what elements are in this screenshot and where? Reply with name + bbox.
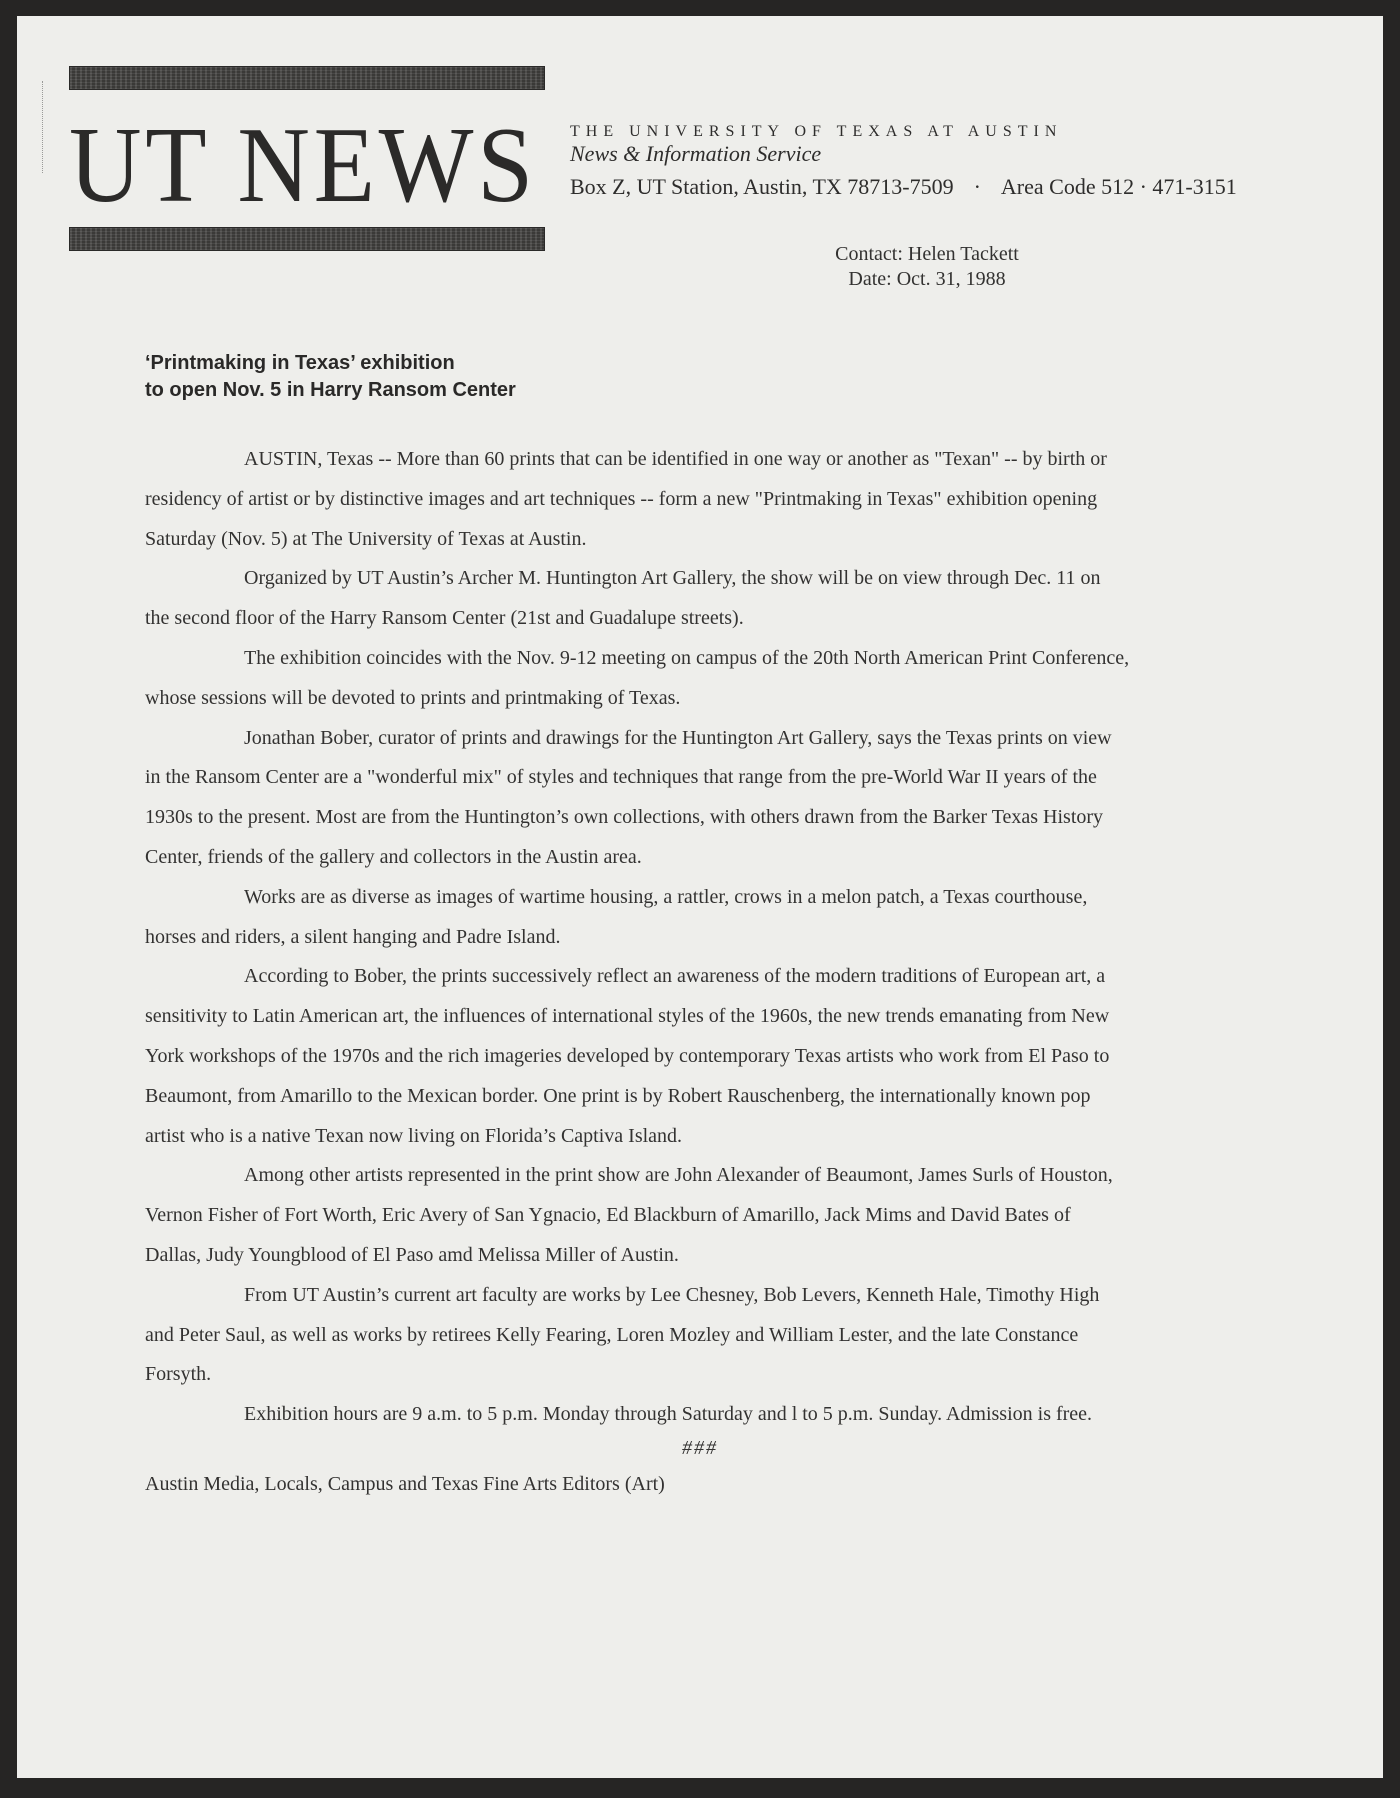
contact-name: Contact: Helen Tackett [757,243,1097,266]
address-line: Box Z, UT Station, Austin, TX 78713-7509… [570,174,1237,200]
postal-address: Box Z, UT Station, Austin, TX 78713-7509 [570,174,954,199]
headline-line-2: to open Nov. 5 in Harry Ransom Center [145,377,516,404]
body-line: Jonathan Bober, curator of prints and dr… [244,727,1112,750]
body-line: According to Bober, the prints successiv… [244,965,1105,988]
service-name: News & Information Service [570,141,821,167]
phone-number: Area Code 512 · 471-3151 [1001,174,1237,199]
body-line: Works are as diverse as images of wartim… [244,886,1087,909]
body-line: artist who is a native Texan now living … [145,1125,682,1148]
body-line: sensitivity to Latin American art, the i… [145,1005,1109,1028]
release-date: Date: Oct. 31, 1988 [757,268,1097,291]
body-line: From UT Austin’s current art faculty are… [244,1284,1099,1307]
body-line: Among other artists represented in the p… [244,1164,1113,1187]
body-line: Dallas, Judy Youngblood of El Paso amd M… [145,1244,679,1267]
body-line: in the Ransom Center are a "wonderful mi… [145,766,1097,789]
distribution-list: Austin Media, Locals, Campus and Texas F… [145,1473,665,1496]
body-line: York workshops of the 1970s and the rich… [145,1045,1109,1068]
separator-dot: · [974,174,981,199]
body-line: Exhibition hours are 9 a.m. to 5 p.m. Mo… [244,1403,1092,1426]
margin-mark [42,81,43,173]
body-line: and Peter Saul, as well as works by reti… [145,1324,1078,1347]
body-line: The exhibition coincides with the Nov. 9… [244,647,1129,670]
body-line: Vernon Fisher of Fort Worth, Eric Avery … [145,1204,1071,1227]
headline: ‘Printmaking in Texas’ exhibition to ope… [145,350,516,404]
body-line: Center, friends of the gallery and colle… [145,846,642,869]
letterhead-bar-bottom [69,227,545,251]
body-line: 1930s to the present. Most are from the … [145,806,1103,829]
document-page: UT NEWS THE UNIVERSITY OF TEXAS AT AUSTI… [17,16,1383,1778]
body-line: whose sessions will be devoted to prints… [145,687,680,710]
body-line: the second floor of the Harry Ransom Cen… [145,607,744,630]
body-line: AUSTIN, Texas -- More than 60 prints tha… [244,448,1107,471]
ut-news-logo: UT NEWS [69,112,537,220]
end-mark: ### [0,1437,1400,1460]
body-line: Organized by UT Austin’s Archer M. Hunti… [244,567,1101,590]
headline-line-1: ‘Printmaking in Texas’ exhibition [145,350,516,377]
body-line: residency of artist or by distinctive im… [145,488,1097,511]
body-line: Saturday (Nov. 5) at The University of T… [145,528,586,551]
letterhead-bar-top [69,66,545,90]
university-name: THE UNIVERSITY OF TEXAS AT AUSTIN [570,123,1062,141]
body-line: Forsyth. [145,1363,211,1386]
body-line: horses and riders, a silent hanging and … [145,926,560,949]
body-line: Beaumont, from Amarillo to the Mexican b… [145,1085,1091,1108]
